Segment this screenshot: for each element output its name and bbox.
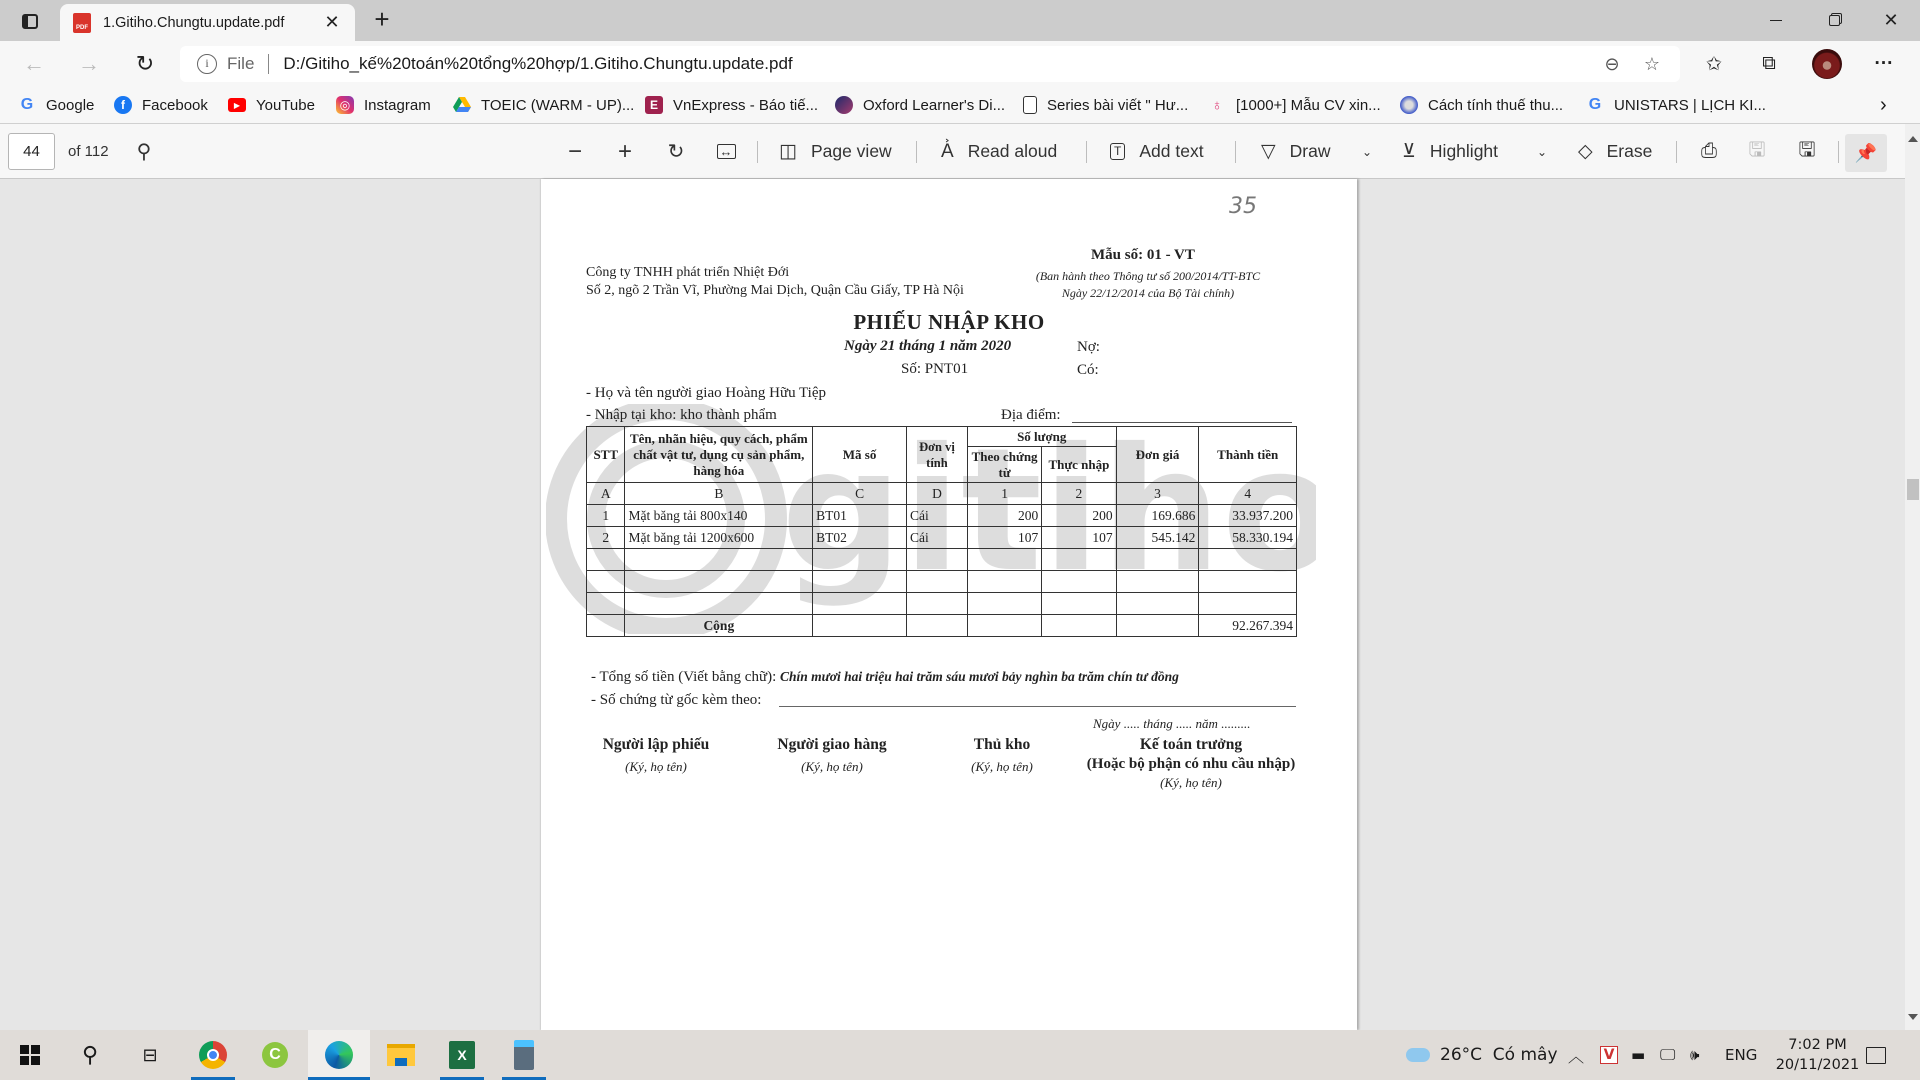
highlight-options-chevron-icon[interactable]: ⌄ [1532, 124, 1552, 179]
page-view-button[interactable]: ◫Page view [779, 124, 892, 179]
add-text-icon: T [1110, 143, 1125, 160]
total-row: Cộng 92.267.394 [587, 615, 1297, 637]
bookmark-label: UNISTARS | LỊCH KI... [1614, 97, 1766, 114]
search-button[interactable]: ⚲ [60, 1030, 120, 1080]
header-qty-doc: Theo chứng từ [967, 447, 1041, 483]
toolbar-divider [757, 141, 758, 163]
cell-price: 545.142 [1116, 527, 1199, 549]
signature-storekeeper: Thủ kho (Ký, họ tên) [952, 736, 1052, 775]
forward-arrow-icon: → [78, 51, 100, 77]
navigation-bar: ← → ↻ i File D:/Gitiho_kế%20toán%20tổng%… [0, 41, 1920, 87]
bookmarks-bar: GGoogle fFacebook ▶YouTube ◎Instagram TO… [0, 87, 1920, 124]
vnexpress-icon: E [645, 96, 663, 114]
draw-button[interactable]: ▽Draw [1261, 124, 1330, 179]
address-bar[interactable]: i File D:/Gitiho_kế%20toán%20tổng%20hợp/… [180, 46, 1680, 82]
task-view-button[interactable]: ⊟ [120, 1030, 180, 1080]
weather-widget[interactable]: 26°C Có mây [1406, 1030, 1558, 1080]
tray-app-v[interactable]: V [1600, 1030, 1618, 1080]
signature-role: Người giao hàng [767, 736, 897, 754]
amount-in-words-value: Chín mươi hai triệu hai trăm sáu mươi bả… [780, 669, 1179, 684]
collections-icon[interactable]: ⧉ [1751, 48, 1787, 80]
bookmark-facebook[interactable]: fFacebook [114, 87, 208, 123]
taskbar-edge[interactable] [308, 1030, 370, 1080]
favorites-icon[interactable]: ✩ [1696, 48, 1732, 80]
fit-width-icon[interactable]: ↔ [713, 124, 739, 179]
amount-in-words: - Tổng số tiền (Viết bằng chữ): Chín mươ… [591, 669, 1179, 686]
header-amount: Thành tiền [1199, 427, 1297, 483]
search-icon[interactable]: ⚲ [132, 124, 156, 179]
read-aloud-icon: A͐ [941, 141, 954, 163]
coccoc-icon: C [262, 1042, 288, 1068]
tab-actions-icon [22, 14, 38, 29]
signature-role: Người lập phiếu [596, 736, 716, 754]
erase-label: Erase [1607, 141, 1653, 162]
vertical-scrollbar[interactable] [1905, 124, 1920, 1030]
google-icon: G [18, 96, 36, 114]
zoom-out-button[interactable]: − [562, 124, 588, 179]
document-number: Số: PNT01 [901, 361, 968, 378]
header-name: Tên, nhãn hiệu, quy cách, phẩm chất vật … [625, 427, 813, 483]
credit-label: Có: [1077, 362, 1099, 379]
signature-note: (Ký, họ tên) [952, 759, 1052, 775]
header-code: Mã số [813, 427, 907, 483]
attachments-label: - Số chứng từ gốc kèm theo: [591, 692, 761, 709]
index-cell: 1 [967, 483, 1041, 505]
tab-active[interactable]: PDF 1.Gitiho.Chungtu.update.pdf ✕ [60, 4, 355, 41]
cell-code: BT02 [813, 527, 907, 549]
search-icon: ⚲ [82, 1042, 98, 1068]
index-row: A B C D 1 2 3 4 [587, 483, 1297, 505]
chrome-icon [199, 1041, 227, 1069]
add-favorite-icon[interactable]: ☆ [1632, 46, 1672, 82]
index-cell: 3 [1116, 483, 1199, 505]
handwritten-page-number: 35 [1229, 194, 1257, 219]
cell-unit: Cái [906, 505, 967, 527]
volume-button[interactable]: 🕪 [1690, 1030, 1699, 1080]
header-stt: STT [587, 427, 625, 483]
pdf-toolbar: 44 of 112 ⚲ − + ↻ ↔ ◫Page view A͐Read al… [0, 124, 1920, 179]
more-menu-icon[interactable]: ··· [1866, 48, 1902, 80]
tab-title: 1.Gitiho.Chungtu.update.pdf [103, 15, 317, 31]
back-button[interactable]: ← [19, 49, 49, 79]
signature-deliverer: Người giao hàng (Ký, họ tên) [767, 736, 897, 775]
edge-icon [325, 1041, 353, 1069]
cell-stt: 1 [587, 505, 625, 527]
bookmark-cv[interactable]: ♁[1000+] Mẫu CV xin... [1208, 87, 1381, 123]
rotate-icon[interactable]: ↻ [663, 124, 689, 179]
oxford-icon [835, 96, 853, 114]
draw-options-chevron-icon[interactable]: ⌄ [1357, 124, 1377, 179]
cell-code: BT01 [813, 505, 907, 527]
url-text[interactable]: D:/Gitiho_kế%20toán%20tổng%20hợp/1.Gitih… [283, 54, 1592, 74]
excel-icon: X [449, 1041, 475, 1069]
toolbar-divider [1676, 141, 1677, 163]
header-unit: Đơn vị tính [906, 427, 967, 483]
bookmark-label: Series bài viết " Hư... [1047, 97, 1188, 114]
cell-name: Mặt băng tải 1200x600 [625, 527, 813, 549]
bookmark-label: YouTube [256, 97, 315, 114]
tab-actions-button[interactable] [16, 8, 44, 34]
erase-button[interactable]: ◇Erase [1578, 124, 1652, 179]
volume-icon: 🕪 [1690, 1046, 1699, 1064]
bookmark-label: Cách tính thuế thu... [1428, 97, 1563, 114]
pin-icon: 📌 [1855, 143, 1877, 164]
folder-icon [387, 1044, 415, 1066]
company-address: Số 2, ngõ 2 Trần Vĩ, Phường Mai Dịch, Qu… [586, 282, 964, 300]
bookmark-label: Instagram [364, 97, 431, 114]
bookmark-label: Google [46, 97, 94, 114]
page-total: of 112 [68, 124, 109, 179]
bookmark-label: TOEIC (WARM - UP)... [481, 97, 634, 114]
refresh-button[interactable]: ↻ [130, 49, 160, 79]
scroll-up-icon[interactable] [1908, 136, 1918, 142]
document-date: Ngày 21 tháng 1 năm 2020 [844, 338, 1011, 355]
tab-strip: PDF 1.Gitiho.Chungtu.update.pdf ✕ + ✕ [0, 0, 1920, 41]
location-label: Địa điểm: [1001, 407, 1061, 424]
signature-role: Kế toán trưởng [1071, 736, 1311, 754]
total-amount: 92.267.394 [1199, 615, 1297, 637]
signature-preparer: Người lập phiếu (Ký, họ tên) [596, 736, 716, 775]
goods-receipt-table: STT Tên, nhãn hiệu, quy cách, phẩm chất … [586, 426, 1297, 637]
highlighter-icon: ⊻ [1402, 140, 1416, 163]
battery-button[interactable]: ▬ [1631, 1030, 1645, 1080]
page-view-icon: ◫ [779, 140, 797, 163]
chevron-up-icon: ︿ [1568, 1044, 1584, 1067]
weather-text: 26°C Có mây [1440, 1045, 1558, 1065]
bookmark-vnexpress[interactable]: EVnExpress - Báo tiế... [645, 87, 818, 123]
pin-toolbar-button[interactable]: 📌 [1845, 134, 1887, 172]
company-name: Công ty TNHH phát triển Nhiệt Đới [586, 264, 964, 282]
cell-qty-doc: 107 [967, 527, 1041, 549]
signature-note: (Ký, họ tên) [767, 759, 897, 775]
bookmark-oxford[interactable]: Oxford Learner's Di... [835, 87, 1005, 123]
zoom-out-icon[interactable]: ⊖ [1592, 46, 1632, 82]
signature-note: (Ký, họ tên) [1071, 775, 1311, 791]
taskbar-calculator[interactable] [494, 1030, 554, 1080]
form-number: Mẫu số: 01 - VT [1091, 247, 1195, 264]
minimize-button[interactable] [1747, 0, 1805, 41]
empty-row [587, 549, 1297, 571]
signature-note: (Hoặc bộ phận có nhu cầu nhập) [1071, 756, 1311, 773]
page-icon [1023, 96, 1037, 114]
add-text-label: Add text [1139, 141, 1203, 162]
pdf-icon: PDF [73, 13, 91, 33]
cell-qty-actual: 200 [1042, 505, 1116, 527]
restore-button[interactable] [1805, 0, 1863, 41]
index-cell: C [813, 483, 907, 505]
network-button[interactable]: 🖵 [1660, 1030, 1675, 1080]
toolbar-divider [1235, 141, 1236, 163]
table-row: 2 Mặt băng tải 1200x600 BT02 Cái 107 107… [587, 527, 1297, 549]
total-label: Cộng [625, 615, 813, 637]
highlight-label: Highlight [1430, 141, 1498, 162]
signature-note: (Ký, họ tên) [596, 759, 716, 775]
bookmark-instagram[interactable]: ◎Instagram [336, 87, 431, 123]
google-icon: G [1586, 96, 1604, 114]
profile-avatar[interactable] [1812, 49, 1842, 79]
youtube-icon: ▶ [228, 98, 246, 112]
bookmark-unistars[interactable]: GUNISTARS | LỊCH KI... [1586, 87, 1766, 123]
chevron-right-icon: › [1880, 94, 1887, 117]
index-cell: B [625, 483, 813, 505]
warehouse: - Nhập tại kho: kho thành phẩm [586, 407, 777, 424]
zoom-in-button[interactable]: + [612, 124, 638, 179]
start-button[interactable] [0, 1030, 60, 1080]
cloud-icon [1406, 1048, 1430, 1062]
scrollbar-thumb[interactable] [1907, 479, 1919, 500]
cv-site-icon: ♁ [1208, 96, 1226, 114]
bookmark-toeic[interactable]: TOEIC (WARM - UP)... [453, 87, 634, 123]
empty-row [587, 593, 1297, 615]
form-reference-line: Ngày 22/12/2014 của Bộ Tài chính) [1018, 285, 1278, 302]
table-row: 1 Mặt băng tải 800x140 BT01 Cái 200 200 … [587, 505, 1297, 527]
bookmark-label: [1000+] Mẫu CV xin... [1236, 97, 1381, 114]
location-blank-line [1072, 422, 1292, 423]
cell-stt: 2 [587, 527, 625, 549]
header-price: Đơn giá [1116, 427, 1199, 483]
new-tab-button[interactable]: + [368, 6, 396, 34]
read-aloud-label: Read aloud [968, 141, 1058, 162]
cell-amount: 33.937.200 [1199, 505, 1297, 527]
network-icon: 🖵 [1660, 1045, 1675, 1065]
page-view-label: Page view [811, 141, 892, 162]
windows-icon [20, 1045, 40, 1065]
bookmark-series[interactable]: Series bài viết " Hư... [1023, 87, 1188, 123]
toolbar-divider [916, 141, 917, 163]
battery-icon: ▬ [1631, 1046, 1645, 1064]
v-app-icon: V [1600, 1046, 1618, 1064]
amount-in-words-label: - Tổng số tiền (Viết bằng chữ): [591, 669, 780, 685]
cell-qty-doc: 200 [967, 505, 1041, 527]
toolbar-divider [1086, 141, 1087, 163]
index-cell: D [906, 483, 967, 505]
restore-icon [1829, 15, 1840, 26]
index-cell: 2 [1042, 483, 1116, 505]
taskbar-coccoc[interactable]: C [245, 1030, 305, 1080]
bookmark-google[interactable]: GGoogle [18, 87, 94, 123]
clock-date: 20/11/2021 [1776, 1055, 1860, 1075]
header-qty-actual: Thực nhập [1042, 447, 1116, 483]
index-cell: 4 [1199, 483, 1297, 505]
highlight-button[interactable]: ⊻Highlight [1402, 124, 1498, 179]
instagram-icon: ◎ [336, 96, 354, 114]
read-aloud-button[interactable]: A͐Read aloud [941, 124, 1057, 179]
notification-center-button[interactable] [1866, 1030, 1886, 1080]
form-reference-line: (Ban hành theo Thông tư số 200/2014/TT-B… [1018, 268, 1278, 285]
back-arrow-icon: ← [23, 51, 45, 77]
cell-price: 169.686 [1116, 505, 1199, 527]
close-icon: ✕ [1883, 10, 1898, 31]
clock-time: 7:02 PM [1788, 1035, 1846, 1055]
cell-amount: 58.330.194 [1199, 527, 1297, 549]
empty-row [587, 571, 1297, 593]
deliverer-name: - Họ và tên người giao Hoàng Hữu Tiệp [586, 385, 826, 402]
document-title: PHIẾU NHẬP KHO [541, 310, 1357, 335]
clock[interactable]: 7:02 PM 20/11/2021 [1775, 1030, 1860, 1080]
eraser-icon: ◇ [1578, 140, 1593, 163]
attachments-blank-line [779, 706, 1296, 707]
task-view-icon: ⊟ [142, 1045, 157, 1066]
scroll-down-icon[interactable] [1908, 1014, 1918, 1020]
taskbar-chrome[interactable] [183, 1030, 243, 1080]
debit-label: Nợ: [1077, 339, 1100, 356]
signature-date: Ngày ..... tháng ..... năm ......... [1093, 716, 1250, 732]
info-icon[interactable]: i [197, 54, 217, 74]
facebook-icon: f [114, 96, 132, 114]
print-icon[interactable]: ⎙ [1694, 124, 1724, 179]
header-quantity: Số lượng [967, 427, 1116, 447]
pdf-viewer: gitiho 35 Công ty TNHH phát triển Nhiệt … [0, 179, 1905, 1030]
calculator-icon [514, 1040, 534, 1070]
cell-unit: Cái [906, 527, 967, 549]
index-cell: A [587, 483, 625, 505]
pdf-page: gitiho 35 Công ty TNHH phát triển Nhiệt … [541, 179, 1357, 1030]
cell-name: Mặt băng tải 800x140 [625, 505, 813, 527]
save-as-icon[interactable]: 🖫 [1792, 124, 1822, 179]
show-hidden-icons-button[interactable]: ︿ [1568, 1030, 1584, 1080]
language-indicator[interactable]: ENG [1725, 1030, 1757, 1080]
url-separator [268, 54, 269, 74]
add-text-button[interactable]: TAdd text [1110, 124, 1204, 179]
cell-qty-actual: 107 [1042, 527, 1116, 549]
signature-chief-accountant: Kế toán trưởng (Hoặc bộ phận có nhu cầu … [1071, 736, 1311, 791]
close-window-button[interactable]: ✕ [1862, 0, 1920, 41]
page-number-input[interactable]: 44 [8, 133, 55, 170]
url-scheme: File [227, 54, 254, 74]
avatar-site-icon [1400, 96, 1418, 114]
refresh-icon: ↻ [136, 51, 154, 77]
bookmark-label: Oxford Learner's Di... [863, 97, 1005, 114]
taskbar-excel[interactable]: X [432, 1030, 492, 1080]
bookmark-youtube[interactable]: ▶YouTube [228, 87, 315, 123]
form-reference: (Ban hành theo Thông tư số 200/2014/TT-B… [1018, 268, 1278, 302]
forward-button[interactable]: → [74, 49, 104, 79]
bookmark-label: Facebook [142, 97, 208, 114]
draw-label: Draw [1290, 141, 1331, 162]
company-info: Công ty TNHH phát triển Nhiệt Đới Số 2, … [586, 264, 964, 300]
toolbar-divider [1838, 141, 1839, 163]
signature-role: Thủ kho [952, 736, 1052, 754]
taskbar-file-explorer[interactable] [370, 1030, 432, 1080]
bookmarks-overflow-button[interactable]: › [1880, 87, 1887, 123]
minimize-icon [1770, 20, 1782, 21]
tab-close-icon[interactable]: ✕ [317, 12, 347, 33]
save-icon: 🖫 [1742, 124, 1772, 179]
bookmark-tax[interactable]: Cách tính thuế thu... [1400, 87, 1563, 123]
draw-pen-icon: ▽ [1261, 140, 1276, 163]
taskbar: ⚲ ⊟ C X 26°C Có mây ︿ V ▬ 🖵 🕪 ENG 7:02 P… [0, 1030, 1920, 1080]
bookmark-label: VnExpress - Báo tiế... [673, 97, 818, 114]
google-drive-icon [453, 96, 471, 114]
notification-icon [1866, 1047, 1886, 1064]
